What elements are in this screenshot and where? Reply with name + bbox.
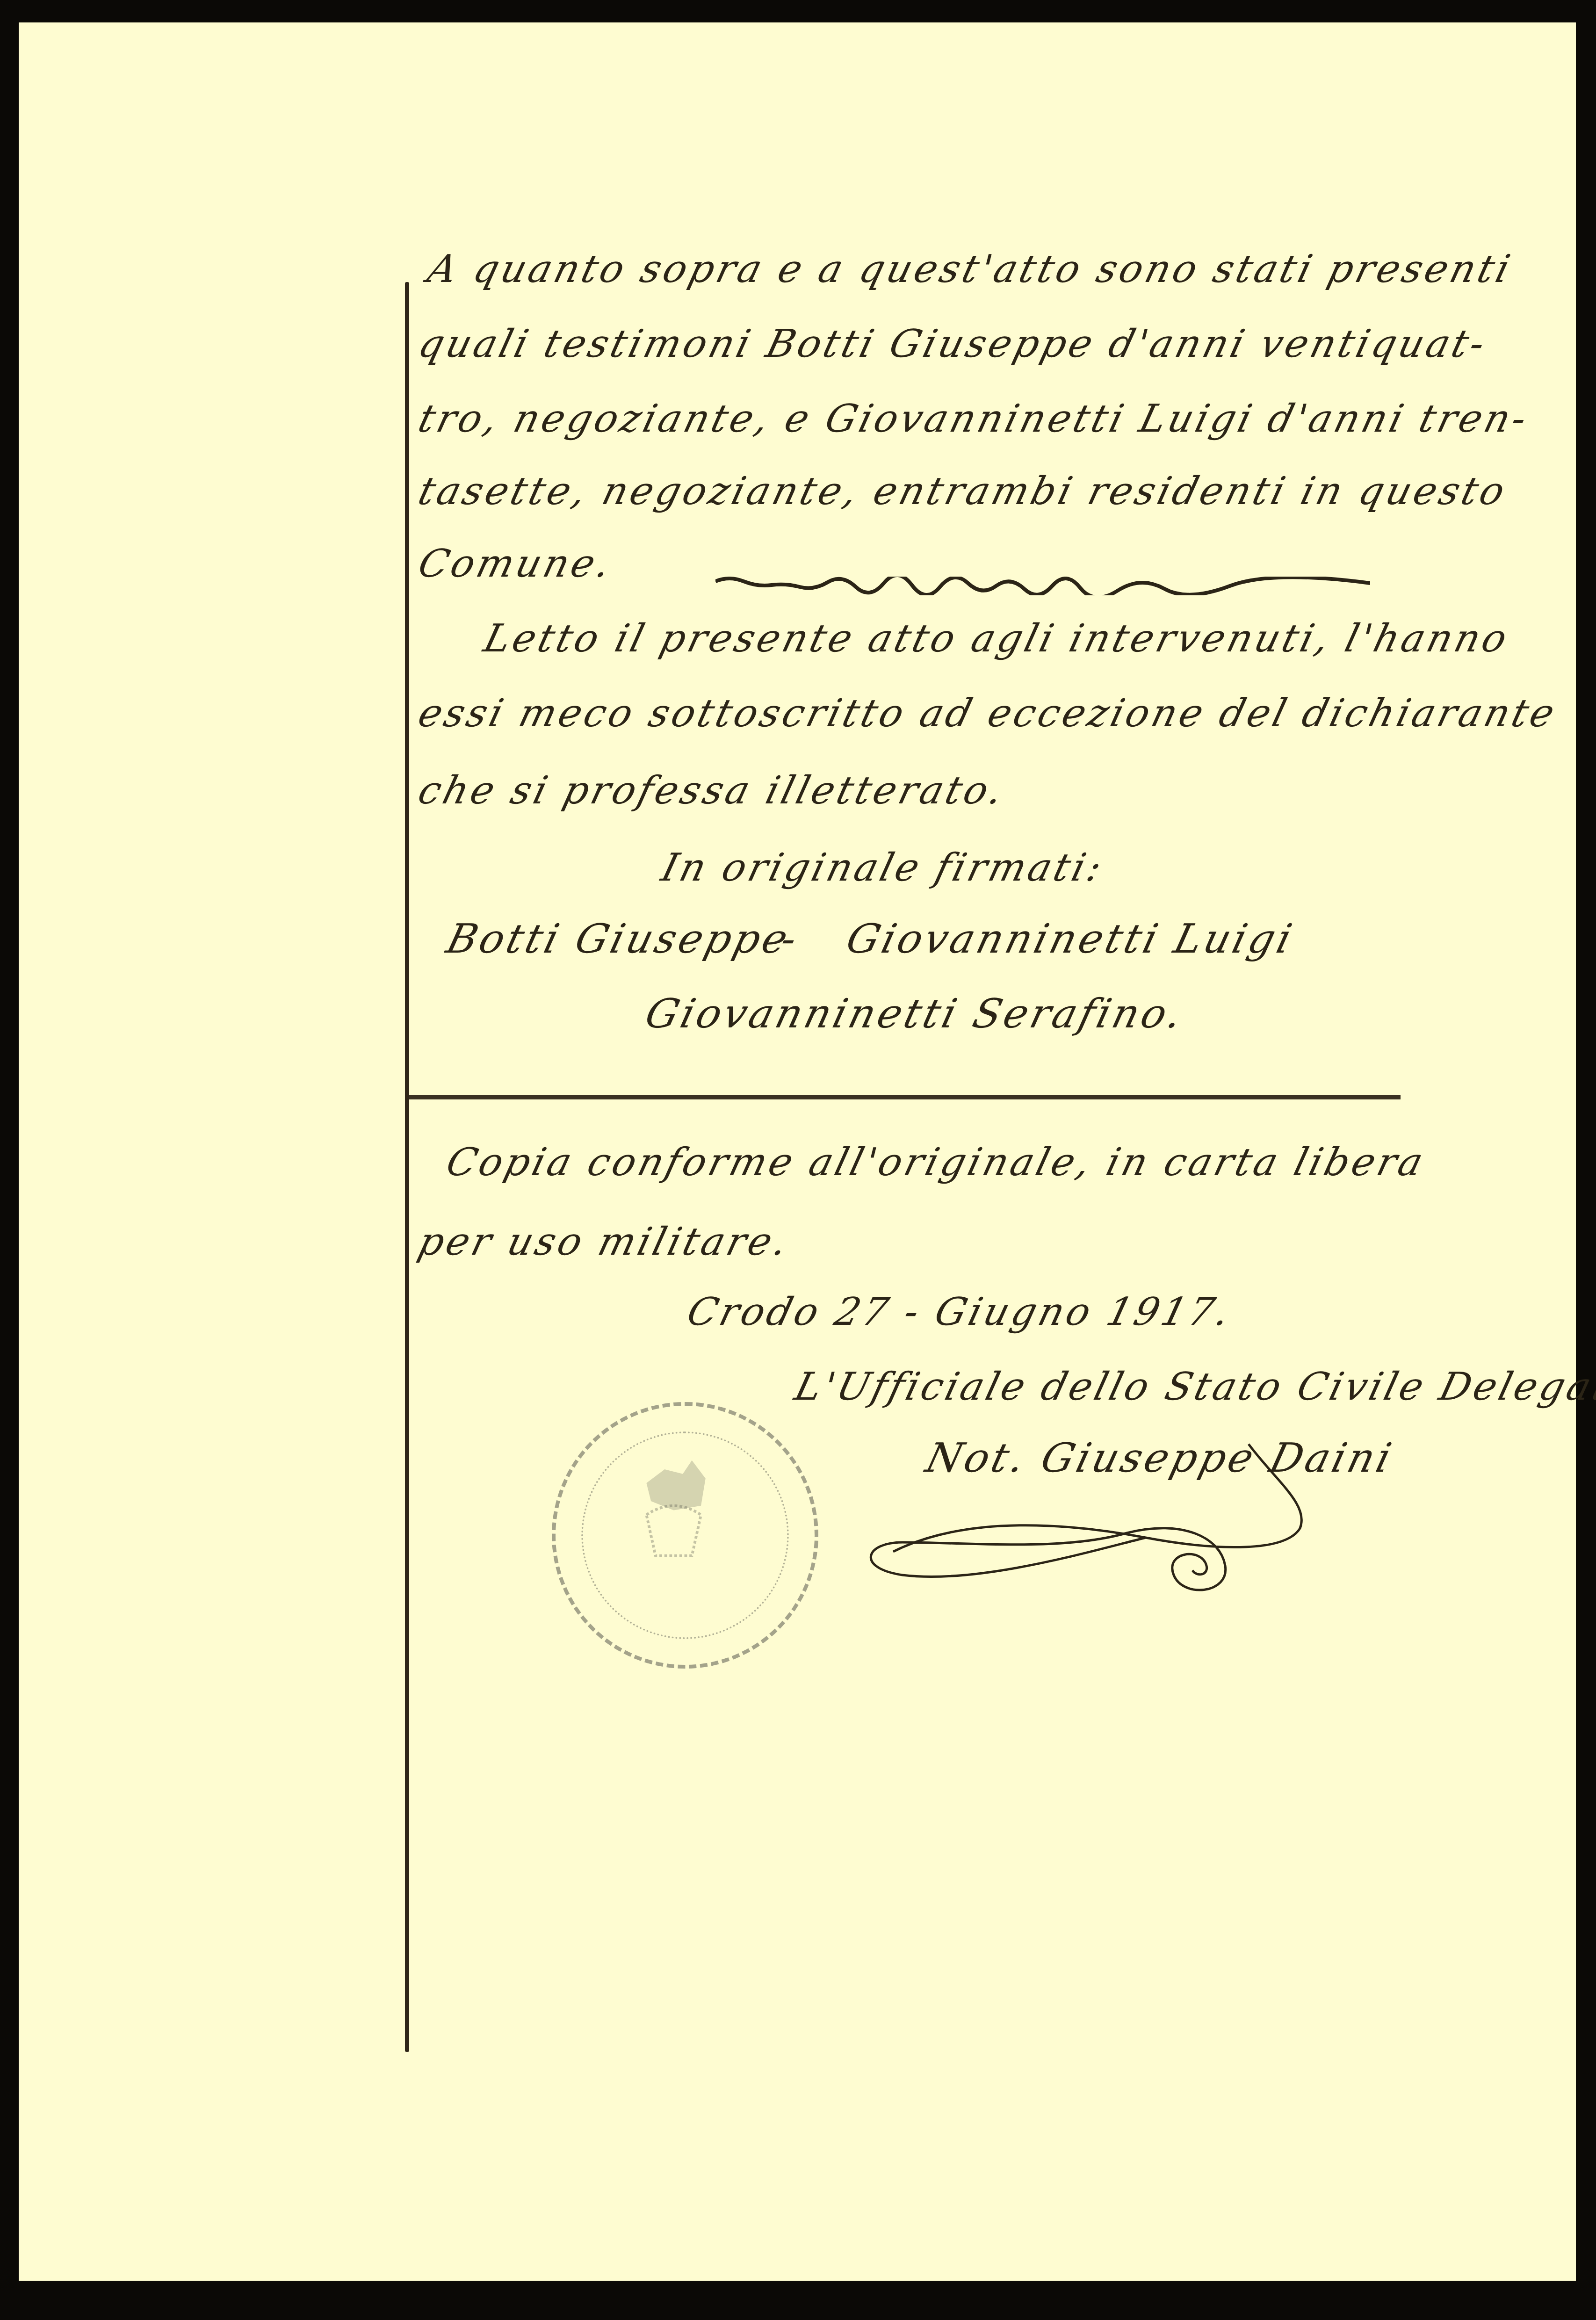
section-separator bbox=[409, 1095, 1401, 1099]
text-line: A quanto sopra e a quest'atto sono stati… bbox=[423, 247, 1517, 291]
document-page: A quanto sopra e a quest'atto sono stati… bbox=[19, 22, 1576, 2281]
text-line: tro, negoziante, e Giovanninetti Luigi d… bbox=[414, 397, 1534, 441]
text-line: Comune. bbox=[414, 542, 618, 586]
text-line: che si professa illetterato. bbox=[414, 768, 1010, 813]
signatures-heading: In originale firmati: bbox=[657, 846, 1109, 890]
signature-flourish bbox=[828, 1435, 1319, 1603]
text-line: quali testimoni Botti Giuseppe d'anni ve… bbox=[414, 322, 1492, 366]
place-date: Crodo 27 - Giugno 1917. bbox=[683, 1290, 1237, 1334]
text-line: essi meco sottoscritto ad eccezione del … bbox=[414, 691, 1562, 736]
margin-rule bbox=[405, 282, 409, 2052]
official-title: L'Ufficiale dello Stato Civile Delegato bbox=[790, 1365, 1596, 1409]
signature-giovanninetti-luigi: Giovanninetti Luigi bbox=[842, 916, 1299, 962]
official-stamp bbox=[552, 1402, 818, 1669]
wavy-line-filler bbox=[715, 577, 1370, 595]
stamp-emblem-icon bbox=[556, 1406, 815, 1665]
signature-giovanninetti-serafino: Giovanninetti Serafino. bbox=[641, 990, 1190, 1037]
text-line: Letto il presente atto agli intervenuti,… bbox=[479, 616, 1514, 661]
text-line: tasette, negoziante, entrambi residenti … bbox=[414, 469, 1512, 513]
text-line: Copia conforme all'originale, in carta l… bbox=[442, 1140, 1430, 1185]
text-line: per uso militare. bbox=[414, 1220, 794, 1264]
signature-botti-giuseppe: Botti Giuseppe bbox=[442, 916, 795, 962]
